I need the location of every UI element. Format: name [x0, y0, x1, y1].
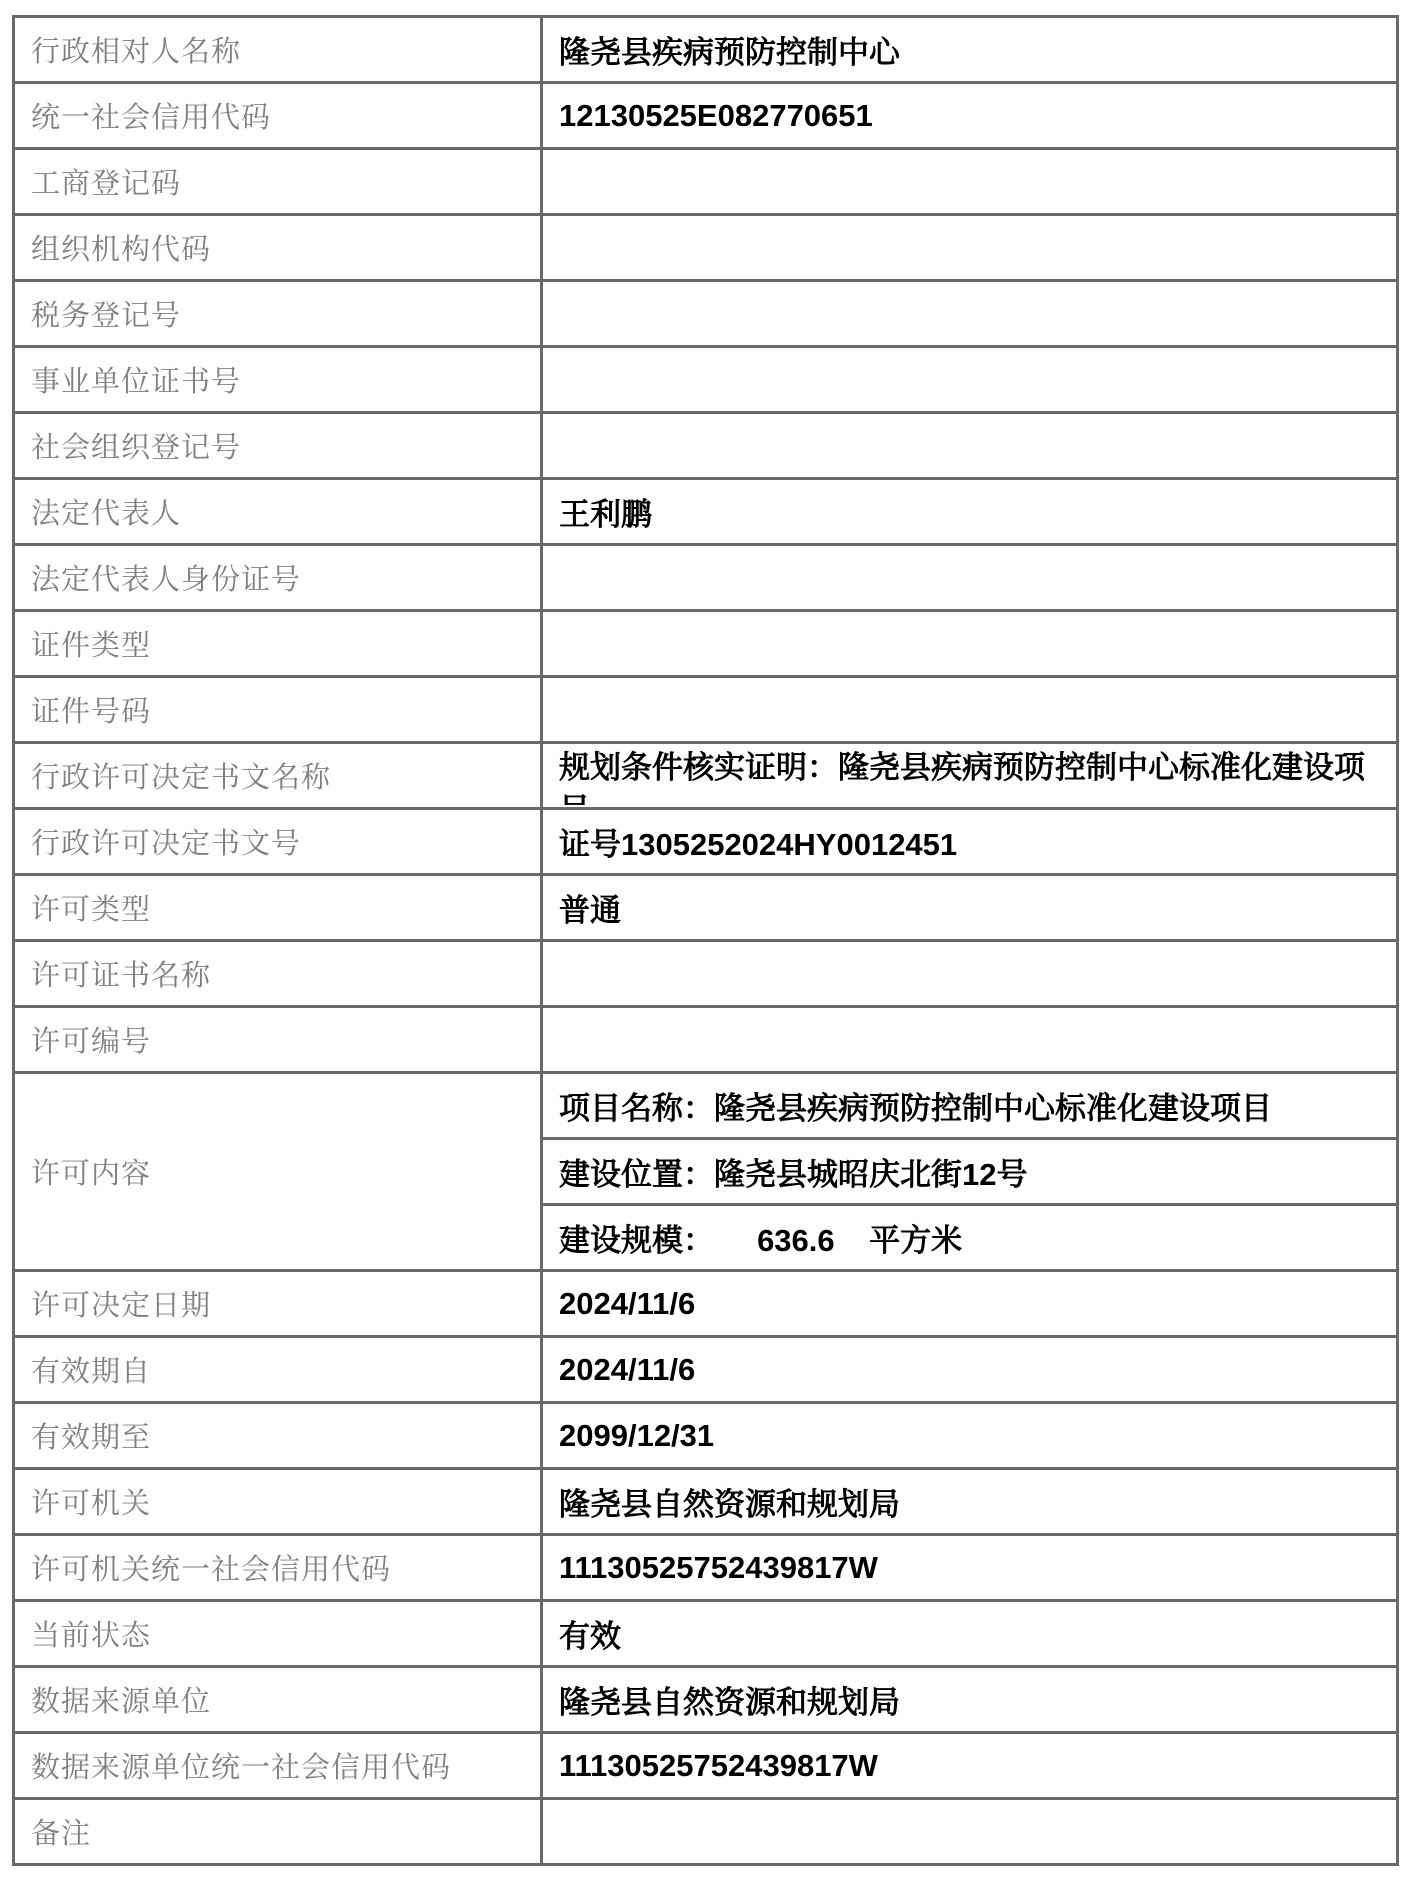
- label-license-certificate-name: 许可证书名称: [14, 941, 542, 1007]
- table-row: 许可证书名称: [14, 941, 1398, 1007]
- value-data-source-unit: 隆尧县自然资源和规划局: [542, 1667, 1398, 1733]
- table-row: 工商登记码: [14, 149, 1398, 215]
- label-data-source-unit-uscc: 数据来源单位统一社会信用代码: [14, 1733, 542, 1799]
- label-permit-content: 许可内容: [14, 1073, 542, 1271]
- table-row: 组织机构代码: [14, 215, 1398, 281]
- table-row: 许可内容 项目名称：隆尧县疾病预防控制中心标准化建设项目: [14, 1073, 1398, 1139]
- table-row: 法定代表人身份证号: [14, 545, 1398, 611]
- table-row: 数据来源单位统一社会信用代码 11130525752439817W: [14, 1733, 1398, 1799]
- value-license-number: [542, 1007, 1398, 1073]
- value-licensing-authority: 隆尧县自然资源和规划局: [542, 1469, 1398, 1535]
- label-license-type: 许可类型: [14, 875, 542, 941]
- value-license-decision-date: 2024/11/6: [542, 1271, 1398, 1337]
- value-license-decision-document-number: 证号1305252024HY0012451: [542, 809, 1398, 875]
- label-legal-representative-id-number: 法定代表人身份证号: [14, 545, 542, 611]
- table-row: 行政许可决定书文号 证号1305252024HY0012451: [14, 809, 1398, 875]
- value-permit-content-project-name: 项目名称：隆尧县疾病预防控制中心标准化建设项目: [542, 1073, 1398, 1139]
- value-certificate-number: [542, 677, 1398, 743]
- table-row: 行政相对人名称 隆尧县疾病预防控制中心: [14, 17, 1398, 83]
- value-certificate-type: [542, 611, 1398, 677]
- table-row: 备注: [14, 1799, 1398, 1865]
- value-business-registration-code: [542, 149, 1398, 215]
- label-administrative-counterpart-name: 行政相对人名称: [14, 17, 542, 83]
- label-valid-from: 有效期自: [14, 1337, 542, 1403]
- table-row: 许可决定日期 2024/11/6: [14, 1271, 1398, 1337]
- table-row: 行政许可决定书文名称 规划条件核实证明：隆尧县疾病预防控制中心标准化建设项目: [14, 743, 1398, 809]
- value-licensing-authority-uscc: 11130525752439817W: [542, 1535, 1398, 1601]
- label-tax-registration-number: 税务登记号: [14, 281, 542, 347]
- value-legal-representative-id-number: [542, 545, 1398, 611]
- label-licensing-authority: 许可机关: [14, 1469, 542, 1535]
- table-row: 税务登记号: [14, 281, 1398, 347]
- value-license-certificate-name: [542, 941, 1398, 1007]
- value-valid-until: 2099/12/31: [542, 1403, 1398, 1469]
- value-valid-from: 2024/11/6: [542, 1337, 1398, 1403]
- table-row: 有效期至 2099/12/31: [14, 1403, 1398, 1469]
- label-valid-until: 有效期至: [14, 1403, 542, 1469]
- value-administrative-counterpart-name: 隆尧县疾病预防控制中心: [542, 17, 1398, 83]
- table-row: 许可机关 隆尧县自然资源和规划局: [14, 1469, 1398, 1535]
- label-remarks: 备注: [14, 1799, 542, 1865]
- table-row: 当前状态 有效: [14, 1601, 1398, 1667]
- value-tax-registration-number: [542, 281, 1398, 347]
- value-organization-code: [542, 215, 1398, 281]
- value-permit-content-construction-location: 建设位置：隆尧县城昭庆北街12号: [542, 1139, 1398, 1205]
- value-social-organization-registration-number: [542, 413, 1398, 479]
- label-unified-social-credit-code: 统一社会信用代码: [14, 83, 542, 149]
- table-row: 证件类型: [14, 611, 1398, 677]
- label-licensing-authority-uscc: 许可机关统一社会信用代码: [14, 1535, 542, 1601]
- label-public-institution-certificate-number: 事业单位证书号: [14, 347, 542, 413]
- table-row: 数据来源单位 隆尧县自然资源和规划局: [14, 1667, 1398, 1733]
- label-certificate-number: 证件号码: [14, 677, 542, 743]
- label-organization-code: 组织机构代码: [14, 215, 542, 281]
- value-remarks: [542, 1799, 1398, 1865]
- value-public-institution-certificate-number: [542, 347, 1398, 413]
- label-license-decision-document-number: 行政许可决定书文号: [14, 809, 542, 875]
- value-current-status: 有效: [542, 1601, 1398, 1667]
- page: 行政相对人名称 隆尧县疾病预防控制中心 统一社会信用代码 12130525E08…: [0, 0, 1414, 1880]
- label-license-decision-document-name: 行政许可决定书文名称: [14, 743, 542, 809]
- table-row: 有效期自 2024/11/6: [14, 1337, 1398, 1403]
- label-certificate-type: 证件类型: [14, 611, 542, 677]
- license-info-table: 行政相对人名称 隆尧县疾病预防控制中心 统一社会信用代码 12130525E08…: [12, 15, 1399, 1866]
- label-business-registration-code: 工商登记码: [14, 149, 542, 215]
- label-license-decision-date: 许可决定日期: [14, 1271, 542, 1337]
- table-row: 许可编号: [14, 1007, 1398, 1073]
- value-license-type: 普通: [542, 875, 1398, 941]
- label-legal-representative: 法定代表人: [14, 479, 542, 545]
- table-row: 事业单位证书号: [14, 347, 1398, 413]
- label-current-status: 当前状态: [14, 1601, 542, 1667]
- label-data-source-unit: 数据来源单位: [14, 1667, 542, 1733]
- table-row: 证件号码: [14, 677, 1398, 743]
- value-data-source-unit-uscc: 11130525752439817W: [542, 1733, 1398, 1799]
- table-row: 许可机关统一社会信用代码 11130525752439817W: [14, 1535, 1398, 1601]
- table-row: 统一社会信用代码 12130525E082770651: [14, 83, 1398, 149]
- label-license-number: 许可编号: [14, 1007, 542, 1073]
- value-license-decision-document-name: 规划条件核实证明：隆尧县疾病预防控制中心标准化建设项目: [542, 743, 1398, 809]
- table-row: 法定代表人 王利鹏: [14, 479, 1398, 545]
- value-legal-representative: 王利鹏: [542, 479, 1398, 545]
- table-row: 许可类型 普通: [14, 875, 1398, 941]
- value-unified-social-credit-code: 12130525E082770651: [542, 83, 1398, 149]
- value-permit-content-construction-scale: 建设规模： 636.6 平方米: [542, 1205, 1398, 1271]
- table-row: 社会组织登记号: [14, 413, 1398, 479]
- label-social-organization-registration-number: 社会组织登记号: [14, 413, 542, 479]
